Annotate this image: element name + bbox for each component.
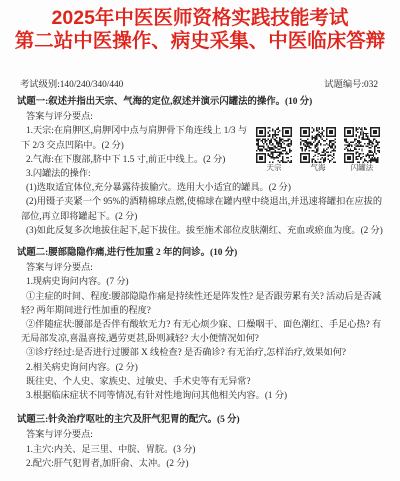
qr-code-group: 天宗 气海 闪罐法: [256, 127, 380, 173]
page-title-line-2: 第二站中医操作、病史采集、中医临床答辩: [0, 30, 400, 53]
answer-point: ③诊疗经过:是否进行过腰部 X 线检查? 是否确诊? 有无治疗,怎样治疗,效果如…: [21, 345, 390, 359]
qr-label: 气海: [300, 163, 336, 173]
exam-level-label: 考试级别:140/240/340/440: [20, 79, 123, 92]
qr-code-icon: [300, 127, 336, 163]
answer-point: ①主症的时间、程度:腰部隐隐作痛是持续性还是阵发性? 是否跟劳累有关? 活动后是…: [21, 289, 390, 317]
exam-answer-sheet: 2025年中医医师资格实践技能考试 第二站中医操作、病史采集、中医临床答辩 考试…: [0, 0, 400, 481]
answer-point: (2)用镊子夹紧一个 95%的酒精棉球点燃,使棉球在罐内壁中绕退出,并迅速将罐扣…: [21, 194, 390, 222]
qr-code-icon: [344, 127, 380, 163]
answer-point: (1)选取适宜体位,充分暴露待拔腧穴。选用大小适宜的罐具。(2 分): [21, 180, 390, 194]
question-1-answer-label: 答案与评分要点:: [21, 109, 390, 123]
answer-point: 2.配穴:肝气犯胃者,加肝俞、太冲。(2 分): [21, 456, 390, 470]
answer-point: (3)如此反复多次地拔住起下,起下拔住。拔至施术部位皮肤潮红、充血或瘀血为度。(…: [21, 223, 390, 237]
answer-point: 1.现病史询问内容。(7 分): [21, 274, 390, 288]
question-3-section: 试题三:针灸治疗呕吐的主穴及肝气犯胃的配穴。(5 分) 答案与评分要点: 1.主…: [0, 413, 400, 470]
answer-point: ②伴随症状:腰部是否伴有酸软无力? 有无心烦少寐、口燥咽干、面色潮红、手足心热?…: [21, 317, 390, 345]
question-2-answer-label: 答案与评分要点:: [21, 260, 390, 274]
qr-item-shanguanfa: 闪罐法: [344, 127, 380, 173]
question-3-answer-label: 答案与评分要点:: [21, 427, 390, 441]
page-title: 2025年中医医师资格实践技能考试 第二站中医操作、病史采集、中医临床答辩: [0, 0, 400, 53]
question-1-title: 试题一:叙述并指出天宗、气海的定位,叙述并演示闪罐法的操作。(10 分): [17, 95, 388, 109]
question-1-section: 试题一:叙述并指出天宗、气海的定位,叙述并演示闪罐法的操作。(10 分) 答案与…: [0, 95, 400, 237]
answer-point: 既往史、个人史、家族史、过敏史、手术史等有无异常?: [21, 374, 390, 388]
question-2-title: 试题二:腰部隐隐作痛,进行性加重 2 年的问诊。(10 分): [17, 246, 388, 260]
qr-item-tianzong: 天宗: [256, 127, 292, 173]
answer-point: 2.相关病史询问内容。(2 分): [21, 360, 390, 374]
qr-code-icon: [256, 127, 292, 163]
question-2-section: 试题二:腰部隐隐作痛,进行性加重 2 年的问诊。(10 分) 答案与评分要点: …: [0, 246, 400, 402]
qr-label: 天宗: [256, 163, 292, 173]
answer-point: 1.主穴:内关、足三里、中脘、胃脘。(3 分): [21, 442, 390, 456]
question-3-title: 试题三:针灸治疗呕吐的主穴及肝气犯胃的配穴。(5 分): [17, 413, 388, 427]
answer-point: 3.根据临床症状不同等情况,有针对性地询问其他相关内容。(1 分): [21, 388, 390, 402]
qr-label: 闪罐法: [344, 163, 380, 173]
page-title-line-1: 2025年中医医师资格实践技能考试: [0, 7, 400, 30]
question-paper-number: 试题编号:032: [324, 79, 378, 92]
qr-item-qihai: 气海: [300, 127, 336, 173]
meta-row: 考试级别:140/240/340/440 试题编号:032: [20, 79, 378, 92]
